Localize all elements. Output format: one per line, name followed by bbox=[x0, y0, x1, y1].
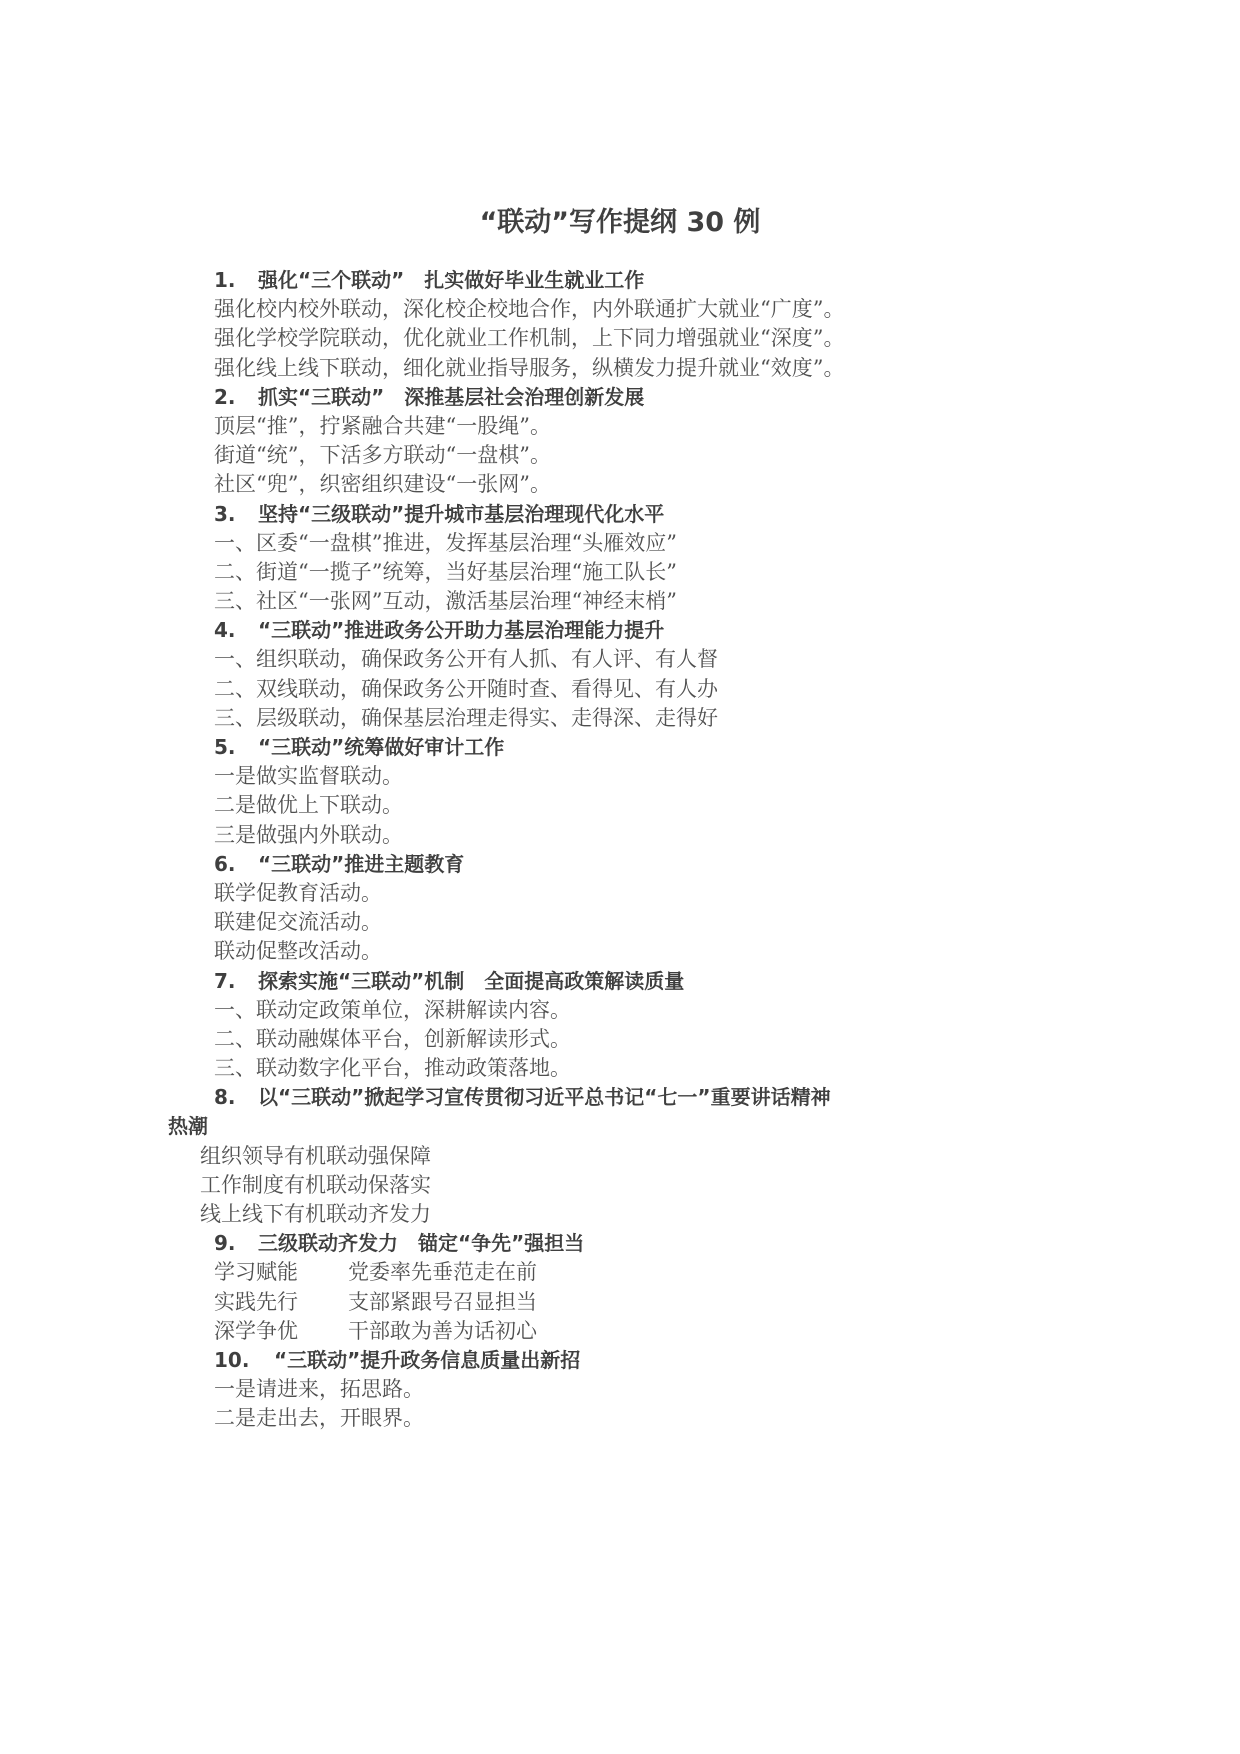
section-number: 2. bbox=[214, 383, 258, 412]
section-line: 二是走出去，开眼界。 bbox=[168, 1404, 1068, 1433]
section-line: 二、双线联动，确保政务公开随时查、看得见、有人办 bbox=[168, 675, 1068, 704]
section-title: “三联动”推进主题教育 bbox=[258, 852, 464, 876]
section-heading: 5.“三联动”统筹做好审计工作 bbox=[168, 733, 1068, 762]
section-title: “三联动”统筹做好审计工作 bbox=[258, 735, 504, 759]
document-body: 1.强化“三个联动” 扎实做好毕业生就业工作 强化校内校外联动，深化校企校地合作… bbox=[168, 266, 1068, 1434]
section-line: 三、社区“一张网”互动，激活基层治理“神经末梢” bbox=[168, 587, 1068, 616]
section-title: 以“三联动”掀起学习宣传贯彻习近平总书记“七一”重要讲话精神 bbox=[258, 1085, 831, 1109]
pair-label: 学习赋能 bbox=[214, 1258, 348, 1287]
section-heading-continuation: 热潮 bbox=[168, 1112, 1068, 1141]
section-line: 一是请进来，拓思路。 bbox=[168, 1375, 1068, 1404]
section-line: 二是做优上下联动。 bbox=[168, 791, 1068, 820]
pair-text: 干部敢为善为话初心 bbox=[348, 1319, 537, 1343]
document-title: “联动”写作提纲 30 例 bbox=[0, 200, 1240, 239]
section-title: “三联动”提升政务信息质量出新招 bbox=[274, 1348, 580, 1372]
section-number: 4. bbox=[214, 616, 258, 645]
section-number: 1. bbox=[214, 266, 258, 295]
section-title: 抓实“三联动” 深推基层社会治理创新发展 bbox=[258, 385, 644, 409]
section-line: 社区“兜”，织密组织建设“一张网”。 bbox=[168, 470, 1068, 499]
section-number: 8. bbox=[214, 1083, 258, 1112]
section-line: 一、联动定政策单位，深耕解读内容。 bbox=[168, 996, 1068, 1025]
section-heading: 10.“三联动”提升政务信息质量出新招 bbox=[168, 1346, 1068, 1375]
section-heading: 1.强化“三个联动” 扎实做好毕业生就业工作 bbox=[168, 266, 1068, 295]
section-line: 联学促教育活动。 bbox=[168, 879, 1068, 908]
section-line: 强化学校学院联动，优化就业工作机制，上下同力增强就业“深度”。 bbox=[168, 324, 1068, 353]
section-line: 三是做强内外联动。 bbox=[168, 821, 1068, 850]
section-number: 7. bbox=[214, 967, 258, 996]
section-line: 工作制度有机联动保落实 bbox=[168, 1171, 1068, 1200]
section-line: 街道“统”，下活多方联动“一盘棋”。 bbox=[168, 441, 1068, 470]
pair-text: 支部紧跟号召显担当 bbox=[348, 1290, 537, 1314]
pair-label: 深学争优 bbox=[214, 1317, 348, 1346]
section-heading: 8.以“三联动”掀起学习宣传贯彻习近平总书记“七一”重要讲话精神 bbox=[168, 1083, 1068, 1112]
section-heading: 7.探索实施“三联动”机制 全面提高政策解读质量 bbox=[168, 967, 1068, 996]
section-title: 强化“三个联动” 扎实做好毕业生就业工作 bbox=[258, 268, 644, 292]
section-line: 联动促整改活动。 bbox=[168, 937, 1068, 966]
section-line: 三、联动数字化平台，推动政策落地。 bbox=[168, 1054, 1068, 1083]
section-line: 二、街道“一揽子”统筹，当好基层治理“施工队长” bbox=[168, 558, 1068, 587]
section-title: 三级联动齐发力 锚定“争先”强担当 bbox=[258, 1231, 584, 1255]
section-line: 联建促交流活动。 bbox=[168, 908, 1068, 937]
section-line: 一是做实监督联动。 bbox=[168, 762, 1068, 791]
section-heading: 6.“三联动”推进主题教育 bbox=[168, 850, 1068, 879]
section-title: 探索实施“三联动”机制 全面提高政策解读质量 bbox=[258, 969, 684, 993]
section-number: 3. bbox=[214, 500, 258, 529]
section-title: “三联动”推进政务公开助力基层治理能力提升 bbox=[258, 618, 664, 642]
section-line: 三、层级联动，确保基层治理走得实、走得深、走得好 bbox=[168, 704, 1068, 733]
section-line: 强化校内校外联动，深化校企校地合作，内外联通扩大就业“广度”。 bbox=[168, 295, 1068, 324]
section-pair-line: 学习赋能党委率先垂范走在前 bbox=[168, 1258, 1068, 1287]
section-heading: 2.抓实“三联动” 深推基层社会治理创新发展 bbox=[168, 383, 1068, 412]
section-line: 顶层“推”，拧紧融合共建“一股绳”。 bbox=[168, 412, 1068, 441]
section-line: 线上线下有机联动齐发力 bbox=[168, 1200, 1068, 1229]
section-line: 组织领导有机联动强保障 bbox=[168, 1142, 1068, 1171]
pair-label: 实践先行 bbox=[214, 1288, 348, 1317]
section-title: 坚持“三级联动”提升城市基层治理现代化水平 bbox=[258, 502, 664, 526]
pair-text: 党委率先垂范走在前 bbox=[348, 1260, 537, 1284]
section-heading: 4.“三联动”推进政务公开助力基层治理能力提升 bbox=[168, 616, 1068, 645]
section-number: 10. bbox=[214, 1346, 274, 1375]
section-heading: 3.坚持“三级联动”提升城市基层治理现代化水平 bbox=[168, 500, 1068, 529]
section-line: 二、联动融媒体平台，创新解读形式。 bbox=[168, 1025, 1068, 1054]
section-heading: 9.三级联动齐发力 锚定“争先”强担当 bbox=[168, 1229, 1068, 1258]
section-number: 9. bbox=[214, 1229, 258, 1258]
section-line: 一、组织联动，确保政务公开有人抓、有人评、有人督 bbox=[168, 645, 1068, 674]
section-number: 6. bbox=[214, 850, 258, 879]
section-line: 强化线上线下联动，细化就业指导服务，纵横发力提升就业“效度”。 bbox=[168, 354, 1068, 383]
section-line: 一、区委“一盘棋”推进，发挥基层治理“头雁效应” bbox=[168, 529, 1068, 558]
section-number: 5. bbox=[214, 733, 258, 762]
section-pair-line: 实践先行支部紧跟号召显担当 bbox=[168, 1288, 1068, 1317]
section-pair-line: 深学争优干部敢为善为话初心 bbox=[168, 1317, 1068, 1346]
